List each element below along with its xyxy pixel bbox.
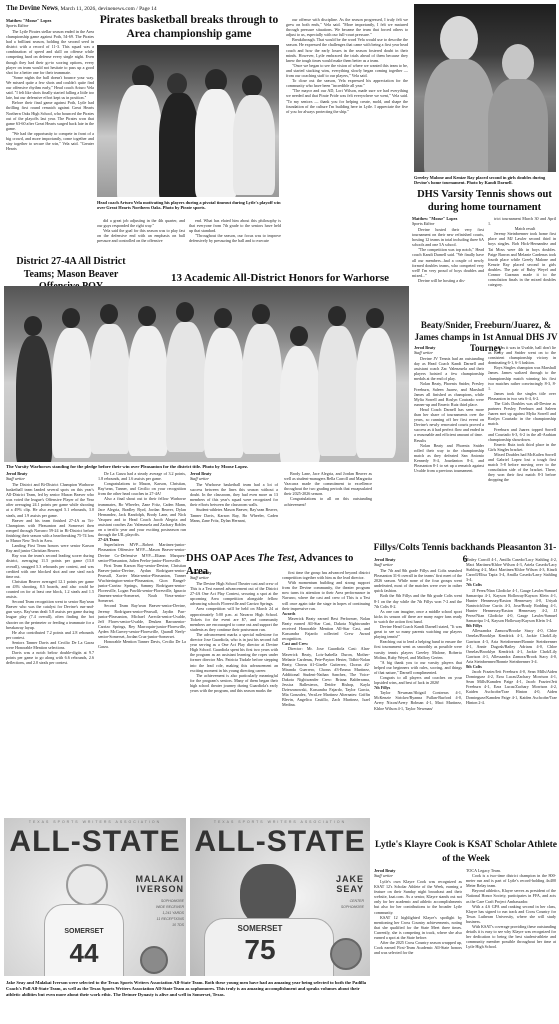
page-number: / Page 14 (135, 6, 157, 12)
paragraph: Reaching out to lend a helping hand to e… (374, 639, 462, 659)
paragraph: trict tournament March 30 and April 1. (488, 216, 556, 226)
paragraph: Devine hosted their very first tournamen… (412, 227, 484, 247)
jv-column-1: Devine JV Tennis had an outstanding day … (414, 356, 484, 538)
paragraph: Lytle's own Klayre Cook was recognized a… (374, 879, 462, 915)
byline-role: Staff writer (374, 873, 462, 878)
pirates-headline: Pirates basketball breaks through to Are… (96, 13, 282, 41)
paragraph: After the 2025 Cross Country season wrap… (374, 940, 462, 955)
paragraph: Taylor Newman/Abigail Contreras 4-1, McK… (374, 690, 462, 710)
allstate-graphic-seay: TEXAS SPORTS WRITERS ASSOCIATION ALL-STA… (190, 818, 370, 976)
byline-role: Staff writer (6, 476, 70, 481)
paragraph: our offense with discipline. As the seas… (286, 17, 408, 37)
paragraph: JJ Perez/Nian Glodicke 4-1, Gauge Lawler… (466, 588, 557, 624)
tennis-headline: DHS Varsity Tennis shows out during home… (410, 188, 559, 214)
bulldog-mascot-icon (140, 946, 168, 974)
allstate-banner: ALL-STATE (190, 826, 370, 858)
paragraph: De La Garza had a steady average of 3.2 … (98, 471, 186, 481)
paragraph: The Lytle Pirates stellar season ended i… (6, 29, 94, 75)
paragraph: James took the singles title over Pleasa… (488, 391, 556, 401)
bulldog-mascot-icon (330, 938, 362, 970)
issue-date: , March 11, 2026, (58, 6, 98, 12)
byline-role: Staff writer (414, 350, 484, 355)
paragraph: Jacob Frazier/Jett Freeburn 4-0, Sean Mi… (466, 669, 557, 705)
iverson-jersey-number: 44 (48, 938, 120, 969)
paragraph: Maverick Beaty earned Best Performer, No… (282, 616, 370, 641)
paragraph: "A big thank you to our varsity players … (374, 660, 462, 675)
paragraph: Tinley Carroll 4-1, Amilla Casedo/Lacy S… (466, 557, 557, 582)
iverson-jersey-team: SOMERSET (48, 928, 120, 935)
paragraph: end. What has elated him about this phil… (189, 218, 281, 233)
paragraph: Second Team Ray'sean Beaver-senior-Devin… (98, 603, 186, 639)
klayre-byline: Jerod Beaty Staff writer (374, 868, 462, 878)
iverson-last-name: IVERSON (124, 884, 184, 894)
paragraph: Devine Head Coach Kandi Darnell stated, … (374, 624, 462, 639)
paragraph: Freeburn and Juarez topped Sorrell and C… (488, 427, 556, 442)
paragraph: Devine JV Tennis had an outstanding day … (414, 356, 484, 381)
paragraph: Boys Singles champion was Marshall James… (488, 365, 556, 390)
team-photo-caption: The Varsity Warhorses standing for the p… (6, 464, 410, 469)
paragraph: "Some nights the ball doesn't bounce you… (6, 75, 94, 100)
headline-italic: The Test (257, 553, 294, 564)
paragraph: To close out the season, Vela expressed … (286, 78, 408, 88)
paragraph: Student-athletes Mason Beaver, Ray'sean … (190, 507, 278, 522)
klayre-headline: Lytle's Klayre Cook is KSAT Scholar Athl… (374, 838, 558, 866)
paragraph: Honorable Mention Tanner Davis, Cecilio … (98, 639, 186, 649)
paragraph: Both the 8th Fillys and the 8th grade Co… (374, 593, 462, 608)
paragraph: With a 4.6 GPA and ranking second in her… (466, 904, 556, 924)
paragraph: Seniors Tanner Davis and Cecilio De La G… (6, 640, 94, 650)
paragraph: Nolan Beaty, Phoenix Snider, Presley Fre… (414, 381, 484, 406)
pirates-column-3: end. What has elated him about this phil… (189, 218, 281, 243)
pirates-photo (97, 45, 279, 197)
jv-column-2: Just as it was in Uvalde, ball don't lie… (488, 345, 556, 538)
paragraph: Vela said the goal for this season was t… (97, 228, 185, 243)
paragraph: Mixed Doubles had McKailen Sorrell and G… (488, 452, 556, 483)
paragraph: The 7th and 8th grade Fillys and Colts s… (374, 568, 462, 593)
paragraph: Head Coach Darnell has seen more than he… (414, 407, 484, 438)
paragraph: Devine will be hosting a dis- (412, 278, 484, 283)
allstate-banner: ALL-STATE (4, 826, 186, 858)
pirates-photo-caption: Head coach Arturo Vela motivating his pl… (97, 200, 281, 210)
tennis-byline: Matthew "Moose" Lopez Sports Editor (412, 216, 484, 226)
detail-line: SOPHOMORE (314, 904, 364, 910)
paragraph: Jeremy Steinbrenner took home first plac… (488, 231, 556, 287)
byline-role: Sports Editor (412, 221, 484, 226)
seay-head (240, 864, 296, 926)
paragraph: Before their final game against Poth, Ly… (6, 100, 94, 131)
paragraph: Director: Mr. Jose Guardiola Cast: Alan-… (282, 646, 370, 707)
paragraph: Beaver and his team finished 27-4A as Tr… (6, 518, 94, 543)
paragraph: With KSAT's coverage providing these out… (466, 924, 556, 949)
paragraph: Cook is a two-time district champion in … (466, 873, 556, 888)
jv-byline: Jerod Beaty Staff writer (414, 345, 484, 355)
seay-last-name: SEAY (308, 884, 364, 894)
tennis-column-2: trict tournament March 30 and April 1. M… (488, 216, 556, 316)
tennis-photo-caption: Greeley Malone and Kenize Ray placed sec… (414, 175, 559, 185)
pirates-byline: Matthew "Moose" Lopez Sports Editor (6, 18, 94, 28)
seay-jersey-number: 75 (220, 934, 300, 966)
paragraph: Superlatives MVP—Robert Martinez-junior-… (98, 542, 186, 562)
paragraph: Allessandra Zamora/Brooke Stacy 4-0, Chl… (466, 628, 557, 664)
byline-role: Staff writer (190, 575, 278, 580)
pirates-column-2: did a great job adjusting in the 4th qua… (97, 218, 185, 243)
paragraph: "The competition was top notch," Head co… (412, 247, 484, 278)
klayre-column-2: TOCA Legacy Team. Cook is a two-time dis… (466, 868, 556, 1022)
paragraph: The Devine High School Theater cast and … (190, 581, 278, 606)
paragraph: Brody Lane, Jace Alegria, and Jordan Bea… (284, 471, 372, 496)
paragraph: The District and Bi-District Champion Wa… (6, 482, 94, 518)
paragraph: As one can imagine, once a middle school… (374, 609, 462, 624)
paragraph: The achievement is also particularly mea… (190, 673, 278, 693)
paragraph: Congratulations to Mason, Karson, Christ… (98, 481, 186, 496)
seay-first-name: JAKE (308, 874, 364, 884)
oap-column-2: first time the group has advanced beyond… (282, 570, 370, 812)
district-column-2: De La Garza had a steady average of 3.2 … (98, 471, 186, 811)
warhorse-team-photo (4, 286, 409, 462)
paragraph: Emeric Ruiz took third place in the Girl… (488, 442, 556, 452)
tennis-photo (414, 4, 556, 172)
detail-line: 10 TDS (132, 922, 184, 928)
paragraph: Beyond athletics, Klayre serves as presi… (466, 888, 556, 903)
district-byline: Jerod Beaty Staff writer (6, 471, 70, 481)
masthead: The Devine News, March 11, 2026, devinen… (6, 4, 286, 12)
oap-byline: Jerod Beaty Staff writer (190, 570, 278, 580)
district-column-1: The District and Bi-District Champion Wa… (6, 482, 94, 812)
allstate-graphic-iverson: TEXAS SPORTS WRITERS ASSOCIATION ALL-STA… (4, 818, 186, 976)
paragraph: The Girls Doubles was all-Devine as part… (488, 401, 556, 426)
paragraph: Area competition will be held on March 2… (190, 606, 278, 631)
byline-role: Staff writer (374, 562, 462, 567)
paragraph: KSAT 12 highlighted Klayre's spotlight b… (374, 915, 462, 940)
paragraph: With momentum building and strong suppor… (282, 580, 370, 611)
byline-role: Sports Editor (6, 23, 94, 28)
paragraph: Nolan Beaty and Phoenix Snider rolled th… (414, 443, 484, 474)
pirates-column-1: The Lytle Pirates stellar season ended i… (6, 29, 94, 251)
iverson-details: SOPHOMORE WIDE RECEIVER 1,241 YARDS 11 R… (132, 898, 184, 928)
paragraph: Ray was the team's second leading scorer… (6, 553, 94, 578)
paragraph: Congrats to all players and coaches on y… (374, 675, 462, 685)
pirates-column-4: our offense with discipline. As the seas… (286, 17, 408, 265)
allstate-caption: Jake Seay and Malakai Iverson were selec… (6, 980, 370, 997)
paragraph: Congratulations to all on this outstandi… (284, 496, 372, 506)
site-link[interactable]: devinenews.com (98, 6, 135, 12)
paragraph: The Warhorse basketball team had a lot o… (190, 482, 278, 507)
allstate-header-strip: TEXAS SPORTS WRITERS ASSOCIATION (190, 820, 370, 824)
oap-column-1: The Devine High School Theater cast and … (190, 581, 278, 813)
paragraph: First Team Karson Ray-senior-Devine, Chr… (98, 563, 186, 604)
paragraph: Davis was a notch below double-digits at… (6, 650, 94, 665)
paragraph: Landing First Team honors were senior Ka… (6, 543, 94, 553)
academic-column-1: The Warhorse basketball team had a lot o… (190, 482, 278, 554)
paragraph: first time the group has advanced beyond… (282, 570, 370, 580)
fillys-column-1: The 7th and 8th grade Fillys and Colts s… (374, 568, 462, 788)
fillys-byline: Jerod Beaty Staff writer (374, 557, 462, 567)
paragraph: Just as it was in Uvalde, ball don't lie… (488, 345, 556, 365)
headline-part: DHS OAP Aces (186, 553, 257, 564)
paragraph: "Throughout the season, our focus was to… (189, 233, 281, 243)
paragraph: He also contributed 7.2 points and 2.8 r… (6, 630, 94, 640)
academic-column-2: Brody Lane, Jace Alegria, and Jordan Bea… (284, 471, 372, 543)
paragraph: "The mayor and our AD, Lori Wilson, made… (286, 88, 408, 113)
fillys-column-2: Tinley Carroll 4-1, Amilla Casedo/Lacy S… (466, 557, 557, 789)
paragraph: did a great job adjusting in the 4th qua… (97, 218, 185, 228)
paragraph: Also a final shout out to their fellow W… (98, 496, 186, 537)
paragraph: "Once we began to see the vision of wher… (286, 63, 408, 78)
tennis-column-1: Devine hosted their very first tournamen… (412, 227, 484, 315)
seay-details: CENTER SOPHOMORE (314, 898, 364, 910)
klayre-column-1: Lytle's own Klayre Cook was recognized a… (374, 879, 462, 1021)
iverson-first-name: MALAKAI (124, 874, 184, 884)
paragraph: Breakthrough. That would be the word Vel… (286, 37, 408, 62)
paragraph: Christian Beaver averaged 12.1 points pe… (6, 579, 94, 599)
paragraph: "We had the opportunity to compete in fr… (6, 131, 94, 151)
paper-name: The Devine News (6, 4, 58, 12)
seay-jersey-team: SOMERSET (220, 924, 300, 933)
iverson-helmet (66, 864, 108, 906)
paragraph: The advancement marks a special mileston… (190, 632, 278, 673)
paragraph: Second Team recognition went to senior R… (6, 599, 94, 630)
allstate-header-strip: TEXAS SPORTS WRITERS ASSOCIATION (4, 820, 186, 824)
